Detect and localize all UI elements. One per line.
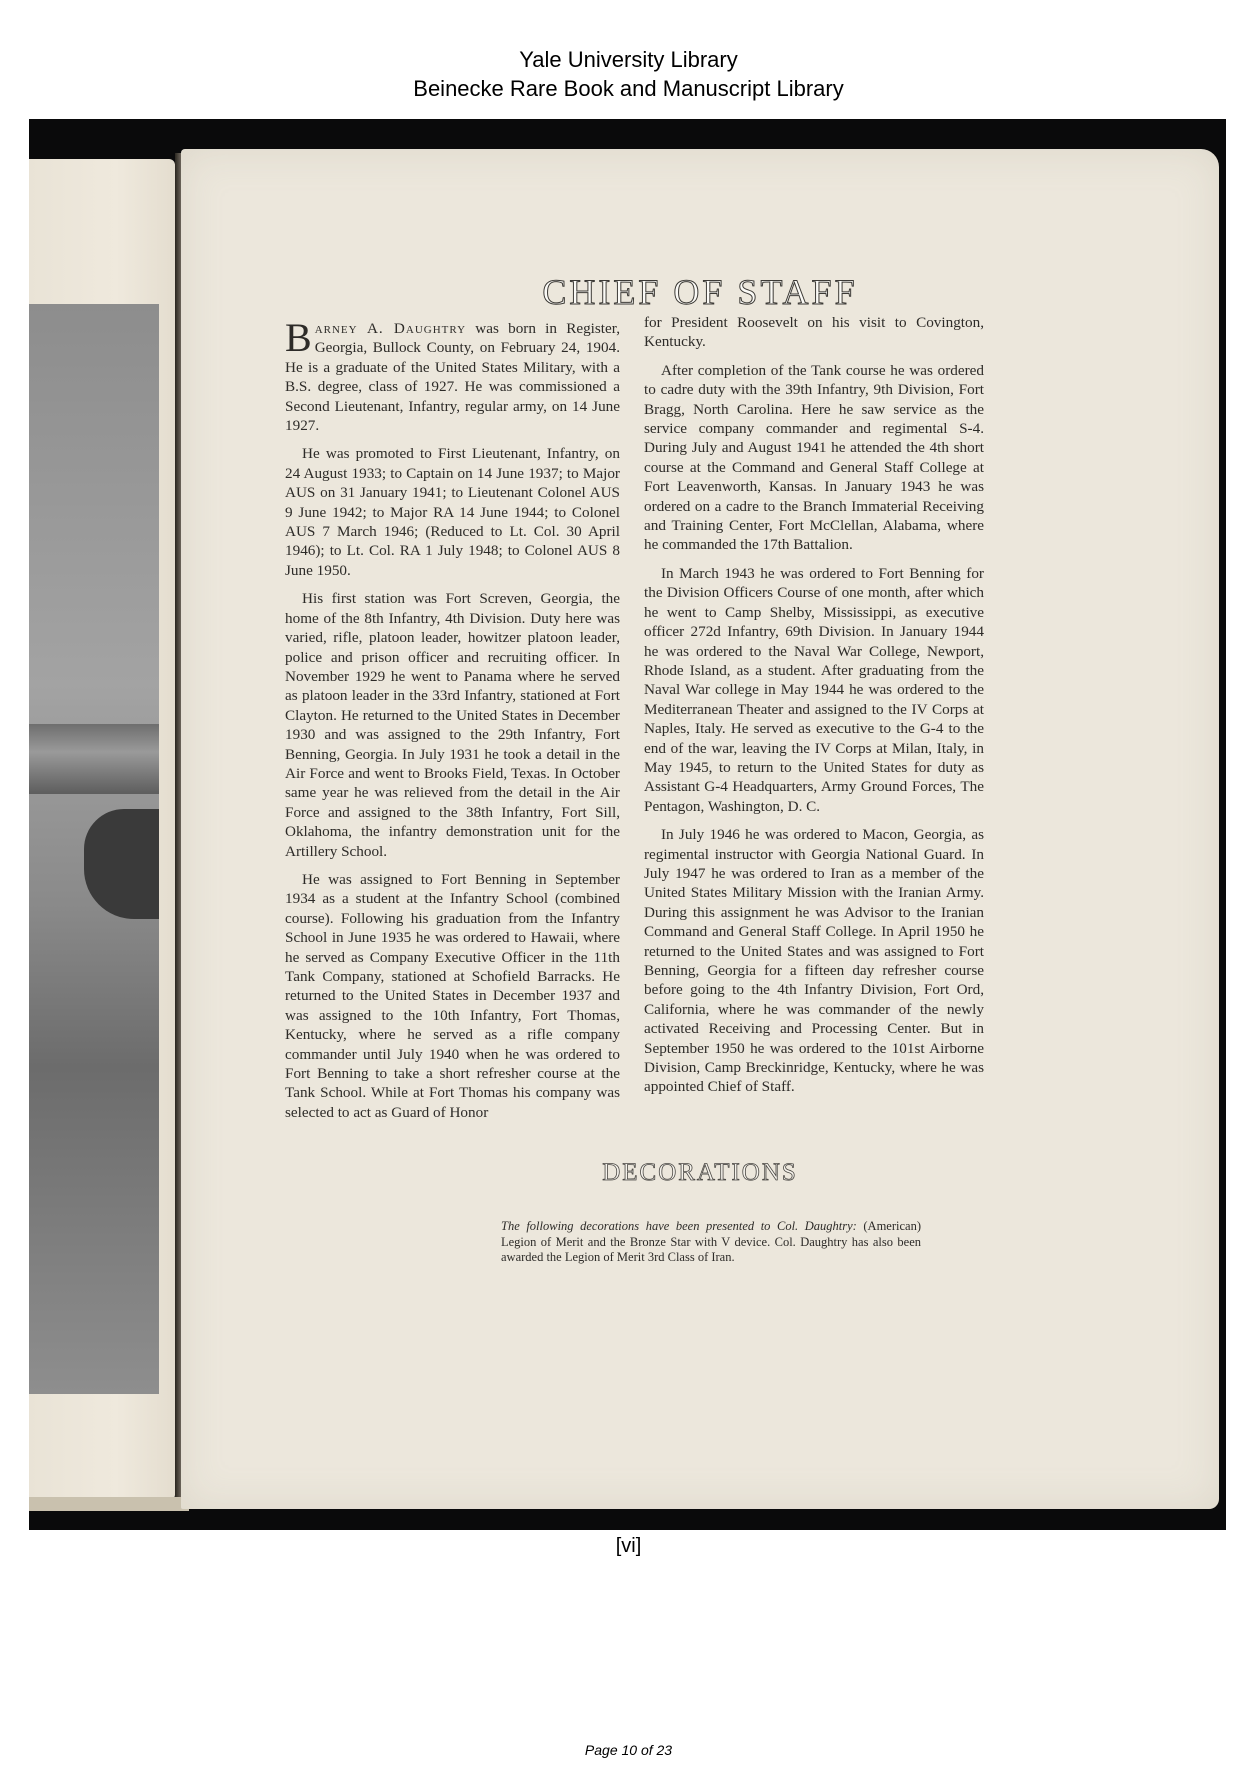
photo-insignia (84, 809, 159, 919)
paragraph: He was assigned to Fort Benning in Septe… (285, 870, 620, 1122)
left-page (29, 159, 175, 1499)
paragraph: His first station was Fort Screven, Geor… (285, 589, 620, 861)
paragraph: In July 1946 he was ordered to Macon, Ge… (644, 825, 984, 1097)
library-name: Yale University Library (0, 46, 1257, 74)
paragraph: In March 1943 he was ordered to Fort Ben… (644, 564, 984, 816)
paragraph: He was promoted to First Lieutenant, Inf… (285, 444, 620, 580)
portrait-photo (29, 304, 159, 1394)
paragraph: After completion of the Tank course he w… (644, 361, 984, 555)
page-title: CHIEF OF STAFF (181, 271, 1219, 313)
book-scan-image: CHIEF OF STAFF Barney A. Daughtry was bo… (29, 119, 1226, 1530)
text-column-left: Barney A. Daughtry was born in Register,… (285, 319, 620, 1131)
page-counter: Page 10 of 23 (0, 1742, 1257, 1758)
page-label: [vi] (0, 1535, 1257, 1558)
cover-edge (29, 1497, 189, 1511)
right-page: CHIEF OF STAFF Barney A. Daughtry was bo… (181, 149, 1219, 1509)
paragraph: for President Roosevelt on his visit to … (644, 313, 984, 352)
library-subtitle: Beinecke Rare Book and Manuscript Librar… (0, 75, 1257, 103)
subject-name: arney A. Daughtry (315, 320, 466, 337)
paragraph: Barney A. Daughtry was born in Register,… (285, 319, 620, 435)
drop-cap: B (285, 321, 315, 355)
text-column-right: for President Roosevelt on his visit to … (644, 313, 984, 1106)
decorations-heading: DECORATIONS (181, 1159, 1219, 1187)
decorations-text: The following decorations have been pres… (501, 1219, 921, 1266)
photo-detail (29, 724, 159, 794)
